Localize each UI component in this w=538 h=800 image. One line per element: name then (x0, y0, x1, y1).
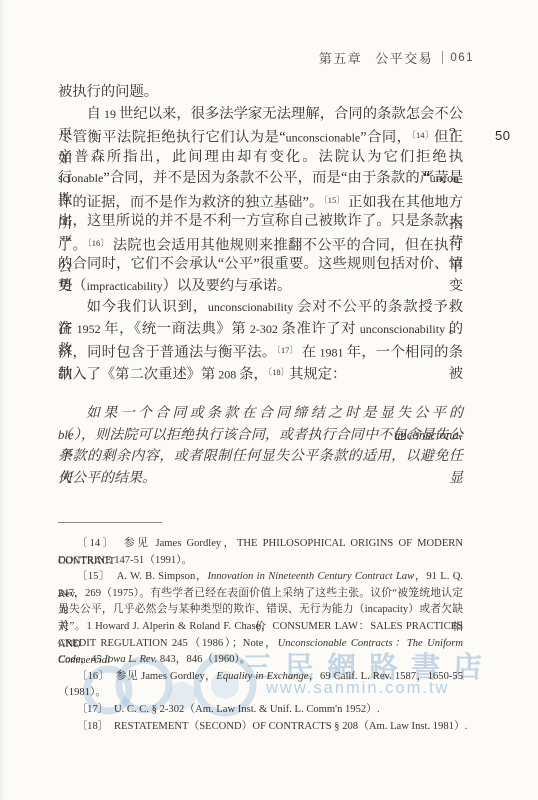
text-line: 了。〔16〕 法院也会适用其他规则来推翻不公平的合同，但在执行公平 (58, 233, 463, 255)
text-line: 被执行的问题。 (58, 82, 463, 104)
book-page: 三民網路書店 www.sanmin.com.tw 第五章公平交易061 50 被… (0, 0, 538, 800)
text-line: CREDIT REGULATION 245（1986）；Note，Unconsc… (58, 635, 463, 652)
text-line: 条款的剩余内容，或者限制任何显失公平条款的适用，以避免任何显 (58, 446, 463, 468)
footnote-separator (58, 522, 162, 523)
footnote-marker: 〔17〕 (276, 345, 298, 355)
body-text-block: 被执行的问题。自 19 世纪以来，很多法学家无法理解，合同的条款怎会不公平？尽管… (58, 82, 463, 383)
text-line: （1981）。 (58, 684, 463, 701)
text-line: DOCTRINE 147-51（1991）。 (58, 552, 463, 569)
text-line: 〔16〕 参见 James Gordley，Equality in Exchan… (58, 668, 463, 685)
text-line: 显失公平，几乎必然会与某种类型的欺诈、错误、无行为能力（incapacity）或… (58, 601, 463, 618)
footnote-marker: 〔14〕 (411, 130, 434, 140)
text-line: 尽管衡平法院拒绝执行它们认为是“unconscionable”合同，〔14〕但正… (58, 125, 463, 147)
text-line: Code，45 Iowa L. Rev. 843，846（1960）。 (58, 651, 463, 668)
margin-page-number: 50 (495, 128, 510, 143)
footnotes-block: 〔14〕 参见 James Gordley，THE PHILOSOPHICAL … (58, 535, 463, 734)
page-folio: 061 (450, 52, 474, 64)
text-line: 济，同时包含于普通法与衡平法。〔17〕 在 1981 年，一个相同的条款被 (58, 340, 463, 362)
text-line: 出，这里所说的并不是不利一方宣称自己被欺诈了。只是条款太严苛 (58, 211, 463, 233)
header-divider (442, 51, 443, 64)
footnote-marker: 〔18〕 (268, 367, 289, 377)
footnote-marker: 〔15〕 (323, 195, 345, 205)
text-line: 辛普森所指出，此间理由却有变化。法院认为它们拒绝执行“uncon- (58, 147, 463, 169)
text-line: scionable”合同，并不是因为条款不公平，而是“由于条款的严苛是欺 (58, 168, 463, 190)
chapter-label: 第五章 (319, 48, 363, 67)
text-line: 在 1952 年，《统一商法典》第 2-302 条准许了对 unconscion… (58, 319, 463, 341)
text-line: 诈的证据，而不是作为救济的独立基础”。〔15〕 正如我在其他地方所指 (58, 190, 463, 212)
text-line: 247，269（1975）。有些学者已经在表面价值上采纳了这些主张。议价“被笼统… (58, 585, 463, 602)
text-line: 如今我们认识到，unconscionability 会对不公平的条款授予救济。 (58, 297, 463, 319)
text-line: 自 19 世纪以来，很多法学家无法理解，合同的条款怎会不公平？ (58, 104, 463, 126)
text-line: 如果一个合同或条款在合同缔结之时是显失公平的（unconsciona- (58, 403, 463, 425)
chapter-title: 公平交易 (375, 48, 433, 67)
footnote-marker: 〔16〕 (87, 238, 109, 248)
running-header: 第五章公平交易061 (319, 48, 474, 67)
text-line: 〔15〕 A. W. B. Simpson，Innovation in Nine… (58, 568, 463, 585)
text-line: 〔14〕 参见 James Gordley，THE PHILOSOPHICAL … (58, 535, 463, 552)
text-line: 关”。1 Howard J. Alperin & Roland F. Chase… (58, 618, 463, 635)
quote-block: 如果一个合同或条款在合同缔结之时是显失公平的（unconsciona-ble），… (58, 403, 463, 489)
text-line: 〔17〕 U. C. C. § 2-302（Am. Law Inst. & Un… (58, 701, 463, 718)
text-line: ble），则法院可以拒绝执行该合同，或者执行合同中不包含显失公平 (58, 425, 463, 447)
text-line: 〔18〕 RESTATEMENT（SECOND）OF CONTRACTS § 2… (58, 718, 463, 735)
text-line: 的合同时，它们不会承认“公平”很重要。这些规则包括对价、情势变 (58, 254, 463, 276)
